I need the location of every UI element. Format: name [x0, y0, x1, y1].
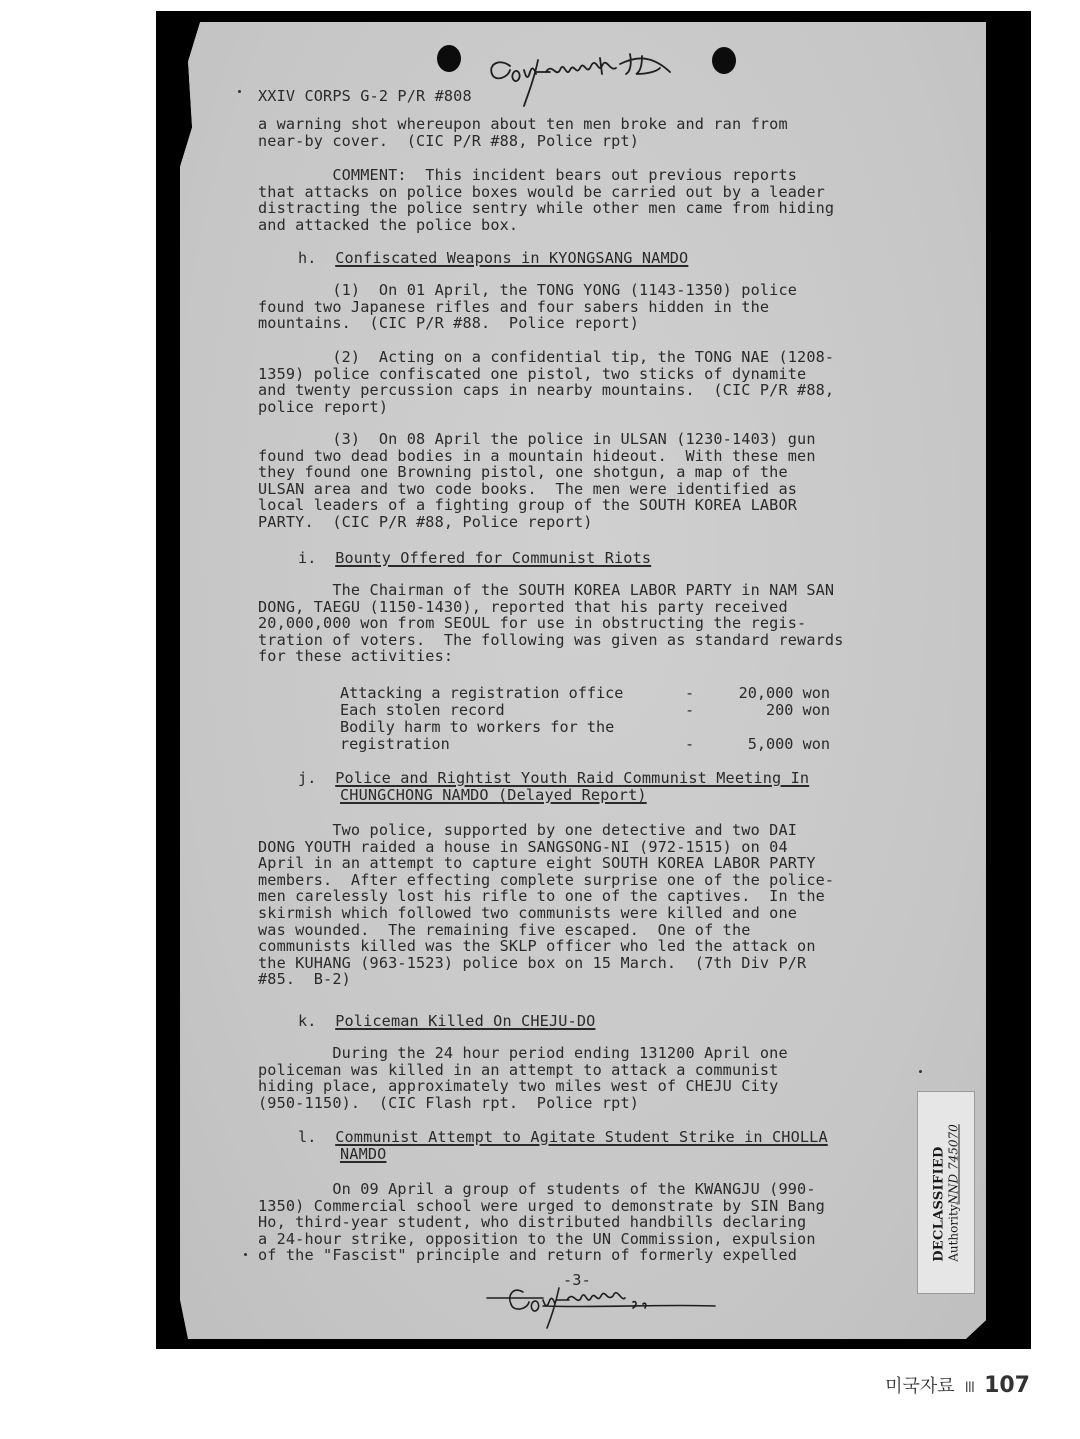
report-header: XXIV CORPS G-2 P/R #808: [258, 88, 472, 105]
section-title: Police and Rightist Youth Raid Communist…: [335, 769, 809, 787]
paragraph-line: was wounded. The remaining five escaped.…: [258, 922, 898, 939]
document-body: XXIV CORPS G-2 P/R #808: [258, 84, 898, 117]
section-title: Policeman Killed On CHEJU-DO: [335, 1012, 595, 1030]
page-number: 107: [984, 1373, 1030, 1398]
stamp-authority: AuthorityNND 745070: [947, 1124, 961, 1262]
reward-dash: -: [685, 685, 694, 702]
page-marker-wrap: -3-: [258, 0, 898, 33]
section-title: Bounty Offered for Communist Riots: [335, 549, 651, 567]
paragraph-line: communists killed was the SKLP officer w…: [258, 938, 898, 955]
paragraph-line: (3) On 08 April the police in ULSAN (123…: [258, 431, 898, 448]
punch-hole-right: [712, 47, 736, 74]
paragraph-line: #85. B-2): [258, 971, 898, 988]
section-title-line2: NAMDO: [340, 1145, 386, 1163]
section-letter: h.: [298, 249, 317, 267]
paragraph-line: hiding place, approximately two miles we…: [258, 1078, 898, 1095]
paragraph-line: During the 24 hour period ending 131200 …: [258, 1045, 898, 1062]
paragraph-line: PARTY. (CIC P/R #88, Police report): [258, 514, 898, 531]
body-line: a warning shot whereupon about ten men b…: [258, 116, 898, 133]
section-title: Confiscated Weapons in KYONGSANG NAMDO: [335, 249, 688, 267]
body-line: distracting the police sentry while othe…: [258, 200, 898, 217]
paragraph-line: and twenty percussion caps in nearby mou…: [258, 382, 898, 399]
paragraph-line: tration of voters. The following was giv…: [258, 632, 898, 649]
page-footer: 미국자료 III 107: [885, 1372, 1030, 1398]
paragraph-line: local leaders of a fighting group of the…: [258, 497, 898, 514]
body-line: near-by cover. (CIC P/R #88, Police rpt): [258, 133, 898, 150]
paragraph-line: The Chairman of the SOUTH KOREA LABOR PA…: [258, 582, 898, 599]
section-heading: k. Policeman Killed On CHEJU-DO: [298, 1013, 938, 1030]
paragraph-line: ULSAN area and two code books. The men w…: [258, 481, 898, 498]
paragraph-line: DONG, TAEGU (1150-1430), reported that h…: [258, 599, 898, 616]
paragraph-line: members. After effecting complete surpri…: [258, 872, 898, 889]
section-heading: i. Bounty Offered for Communist Riots: [298, 550, 938, 567]
paragraph-line: for these activities:: [258, 648, 898, 665]
footer-separator: III: [965, 1380, 974, 1396]
reward-dash: -: [685, 702, 694, 719]
paragraph-line: April in an attempt to capture eight SOU…: [258, 855, 898, 872]
paragraph-line: (1) On 01 April, the TONG YONG (1143-135…: [258, 282, 898, 299]
speck: [244, 1253, 247, 1256]
section-letter: l.: [298, 1128, 317, 1146]
paragraph-line: policeman was killed in an attempt to at…: [258, 1062, 898, 1079]
paragraph-line: Two police, supported by one detective a…: [258, 822, 898, 839]
body-line: COMMENT: This incident bears out previou…: [258, 167, 898, 184]
paragraph-line: DONG YOUTH raided a house in SANGSONG-NI…: [258, 839, 898, 856]
paragraph-line: found two Japanese rifles and four saber…: [258, 299, 898, 316]
handwritten-confidential-bottom: [483, 1282, 723, 1332]
paragraph: (1) On 01 April, the TONG YONG (1143-135…: [258, 282, 898, 332]
declassified-stamp: DECLASSIFIED AuthorityNND 745070: [917, 1091, 975, 1294]
reward-item: registration: [340, 736, 450, 753]
section-title: Communist Attempt to Agitate Student Str…: [335, 1128, 828, 1146]
paragraph-line: of the "Fascist" principle and return of…: [258, 1247, 898, 1264]
paragraph: During the 24 hour period ending 131200 …: [258, 1045, 898, 1111]
paragraph-line: they found one Browning pistol, one shot…: [258, 464, 898, 481]
reward-item: Each stolen record: [340, 702, 505, 719]
paragraph-line: (2) Acting on a confidential tip, the TO…: [258, 349, 898, 366]
reward-amount: 20,000 won: [739, 685, 830, 702]
paragraph-line: On 09 April a group of students of the K…: [258, 1181, 898, 1198]
speck: [238, 90, 241, 93]
paragraph-line: 20,000,000 won from SEOUL for use in obs…: [258, 615, 898, 632]
section-letter: j.: [298, 769, 317, 787]
punch-hole-left: [437, 45, 461, 72]
stamp-authority-label: Authority: [947, 1204, 961, 1261]
section-title-continued: CHUNGCHONG NAMDO (Delayed Report): [340, 787, 980, 804]
paragraph: On 09 April a group of students of the K…: [258, 1181, 898, 1264]
section-letter: i.: [298, 549, 317, 567]
paragraph: (2) Acting on a confidential tip, the TO…: [258, 349, 898, 415]
reward-amount: 200 won: [766, 702, 830, 719]
section-title-continued: NAMDO: [340, 1146, 980, 1163]
reward-item: Bodily harm to workers for the: [340, 719, 614, 736]
paragraph-line: the KUHANG (963-1523) police box on 15 M…: [258, 955, 898, 972]
paragraph-line: a 24-hour strike, opposition to the UN C…: [258, 1231, 898, 1248]
body-line: and attacked the police box.: [258, 217, 898, 234]
paragraph: Two police, supported by one detective a…: [258, 822, 898, 988]
reward-dash: -: [685, 736, 694, 753]
section-letter: k.: [298, 1012, 317, 1030]
paragraph-line: men carelessly lost his rifle to one of …: [258, 888, 898, 905]
paragraph-line: (950-1150). (CIC Flash rpt. Police rpt): [258, 1095, 898, 1112]
section-heading: j. Police and Rightist Youth Raid Commun…: [298, 770, 938, 787]
stamp-authority-number: NND 745070: [947, 1124, 961, 1204]
speck: [919, 1070, 922, 1073]
paragraph-line: 1350) Commercial school were urged to de…: [258, 1198, 898, 1215]
reward-amount: 5,000 won: [748, 736, 830, 753]
paragraph: (3) On 08 April the police in ULSAN (123…: [258, 431, 898, 531]
reward-item: Attacking a registration office: [340, 685, 623, 702]
section-title-line2: CHUNGCHONG NAMDO (Delayed Report): [340, 786, 647, 804]
paragraph-line: Ho, third-year student, who distributed …: [258, 1214, 898, 1231]
paragraph-line: police report): [258, 399, 898, 416]
paragraph: The Chairman of the SOUTH KOREA LABOR PA…: [258, 582, 898, 665]
section-heading: h. Confiscated Weapons in KYONGSANG NAMD…: [298, 250, 938, 267]
section-heading: l. Communist Attempt to Agitate Student …: [298, 1129, 938, 1146]
paragraph-line: 1359) police confiscated one pistol, two…: [258, 366, 898, 383]
paragraph-line: skirmish which followed two communists w…: [258, 905, 898, 922]
paragraph-line: mountains. (CIC P/R #88. Police report): [258, 315, 898, 332]
footer-section-label: 미국자료: [885, 1372, 955, 1398]
paragraph-line: found two dead bodies in a mountain hide…: [258, 448, 898, 465]
stamp-title: DECLASSIFIED: [932, 1124, 947, 1262]
